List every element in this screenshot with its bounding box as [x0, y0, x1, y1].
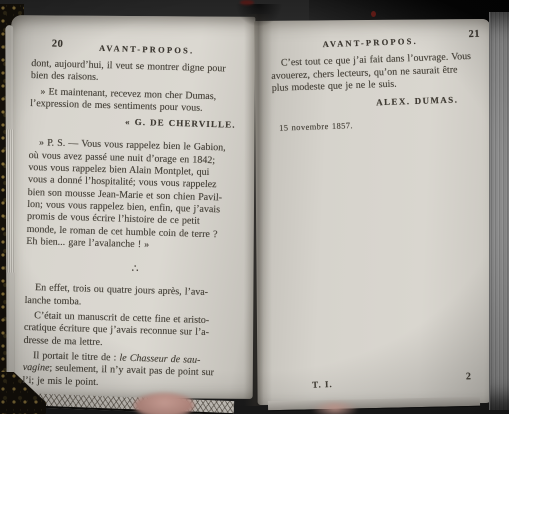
tome-marker: T. I. — [312, 378, 333, 391]
book-photo: 20 AVANT-PROPOS. dont, aujourd’hui, il v… — [0, 0, 509, 414]
screenshot: 20 AVANT-PROPOS. dont, aujourd’hui, il v… — [0, 0, 540, 505]
page-block-fore-edge — [489, 12, 509, 410]
signature-line: « G. DE CHERVILLE. — [30, 113, 250, 131]
spine-top-shadow — [236, 4, 282, 26]
left-page-text: 20 AVANT-PROPOS. dont, aujourd’hui, il v… — [22, 38, 252, 393]
asterism-icon: ∴ — [25, 260, 245, 278]
red-speck — [371, 11, 376, 17]
right-page-text: AVANT-PROPOS. 21 C’est tout ce que j’ai … — [270, 30, 493, 135]
signature-mark: 2 — [466, 371, 471, 384]
finger — [134, 393, 194, 414]
running-head: AVANT-PROPOS. — [270, 33, 470, 53]
finger — [312, 402, 358, 414]
running-head: AVANT-PROPOS. — [42, 40, 252, 58]
red-smudge — [240, 0, 254, 5]
page-number: 21 — [468, 29, 480, 42]
signature-line: ALEX. DUMAS. — [272, 92, 492, 112]
